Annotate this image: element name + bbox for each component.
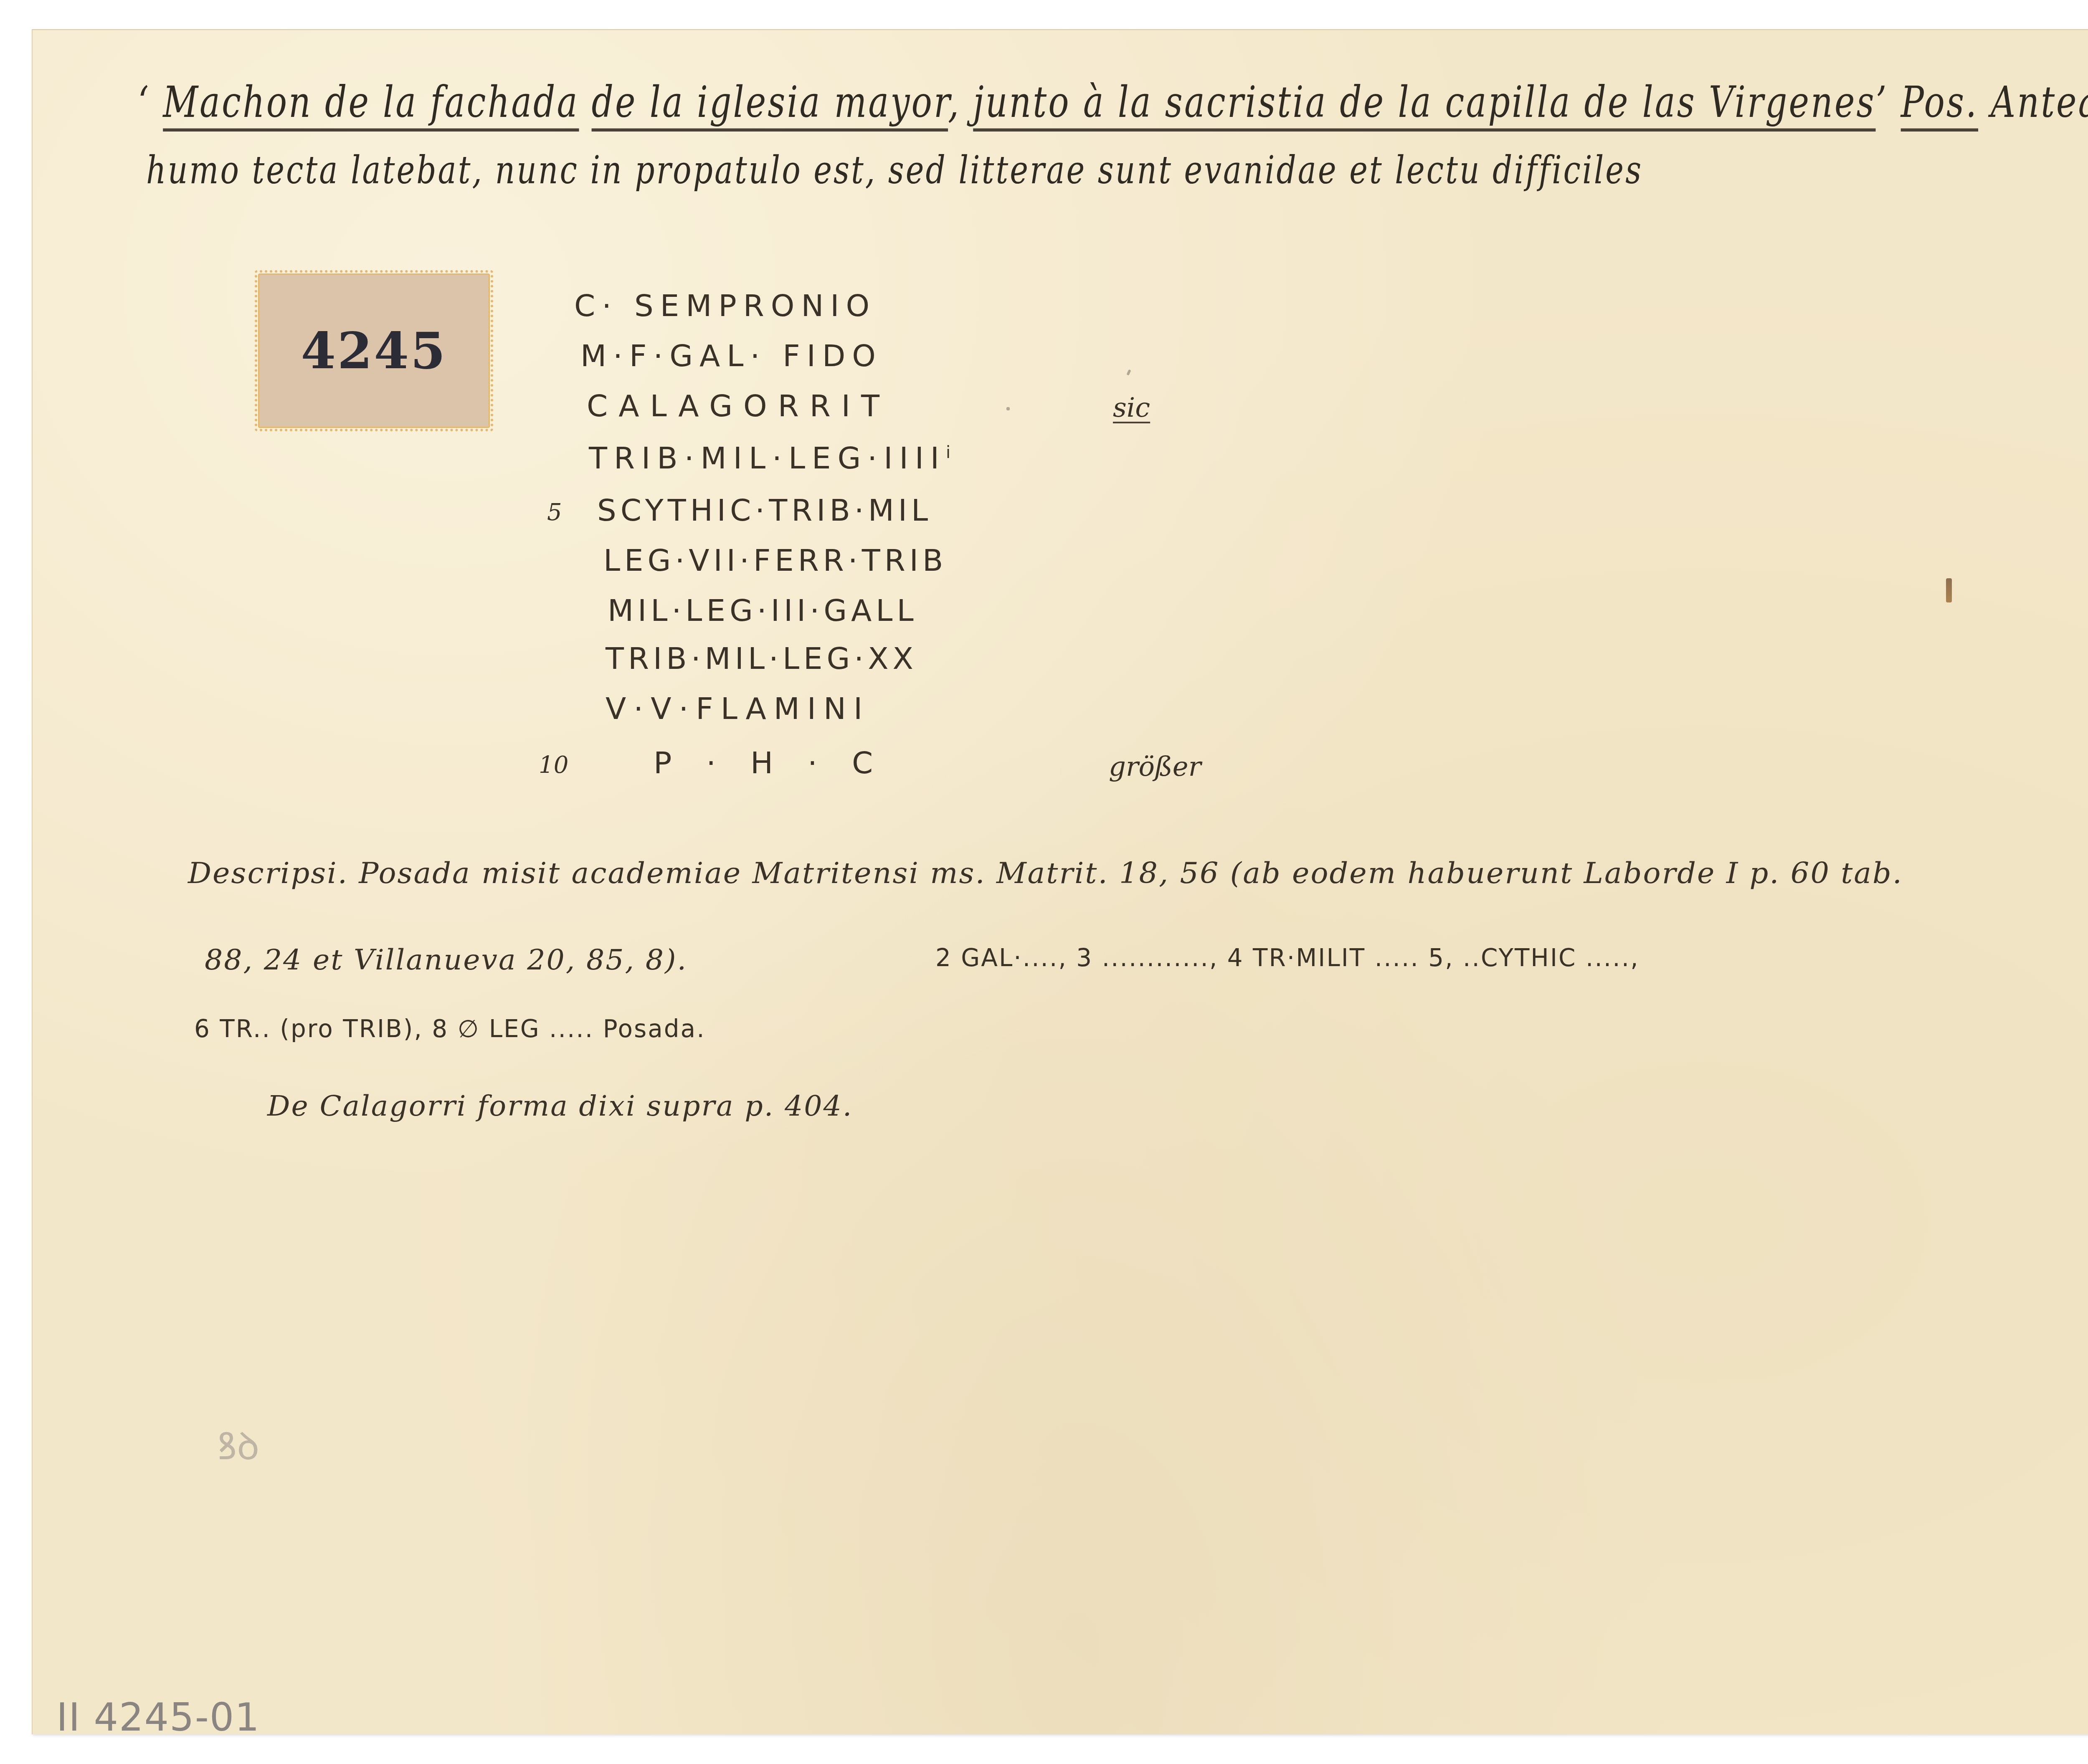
header-segment: Machon de la fachada — [163, 78, 579, 127]
inscription-line-4: TRIB·MIL·LEG·IIIIi — [589, 440, 957, 476]
header-segment: Pos. — [1901, 78, 1978, 127]
commentary-line-2-variants: 2 GAL·...., 3 ............, 4 TR·MILIT .… — [935, 944, 1639, 972]
stamp-number: 4245 — [258, 273, 490, 428]
inscription-line-10: P · H · C — [654, 745, 885, 780]
commentary-line-1: Descripsi. Posada misit academiae Matrit… — [188, 856, 1903, 890]
commentary-line-2-left: 88, 24 et Villanueva 20, 85, 8). — [205, 944, 687, 977]
inscription-line-1: C· SEMPRONIO — [574, 288, 876, 323]
inscription-line-9: V·V·FLAMINI — [606, 691, 870, 726]
header-segment: , — [948, 78, 973, 127]
archive-number: II 4245-01 — [56, 1695, 260, 1740]
line-number-5: 5 — [547, 499, 562, 526]
inscription-line-2: M·F·GAL· FIDO — [580, 338, 882, 373]
inscription-line-8: TRIB·MIL·LEG·XX — [606, 641, 917, 676]
sic-note: sic — [1113, 392, 1150, 423]
header-line-2: humo tecta latebat, nunc in propatulo es… — [146, 148, 1643, 193]
header-segment: junto à la sacristia de la capilla de la… — [973, 78, 1875, 127]
line-number-10: 10 — [539, 752, 568, 779]
inscription-line-3: CALAGORRIT — [587, 388, 890, 423]
stamp-label: 4245 — [258, 273, 490, 428]
header-line-1: ‘ Machon de la fachada de la iglesia may… — [138, 78, 2088, 127]
header-segment — [579, 78, 592, 127]
header-segment: ’ — [1876, 78, 1901, 127]
header-segment: de la iglesia mayor — [592, 78, 948, 127]
header-segment: Antea — [1978, 78, 2088, 127]
pencil-monogram: ꝸꝺ — [217, 1420, 259, 1470]
inscription-line-6: LEG·VII·FERR·TRIB — [603, 543, 947, 578]
ink-speck — [1006, 407, 1010, 410]
inscription-line-5: SCYTHIC·TRIB·MIL — [597, 493, 932, 528]
commentary-line-3: 6 TR.. (pro TRIB), 8 ∅ LEG ..... Posada. — [194, 1015, 706, 1043]
inscription-line-4-text: TRIB·MIL·LEG·IIII — [589, 440, 946, 476]
groesser-note: größer — [1109, 752, 1201, 782]
inscription-line-4-sup: i — [946, 443, 957, 462]
open-quote: ‘ — [138, 78, 150, 127]
inscription-line-7: MIL·LEG·III·GALL — [608, 593, 918, 628]
rust-stain — [1946, 578, 1952, 602]
commentary-line-4: De Calagorri forma dixi supra p. 404. — [267, 1090, 853, 1123]
